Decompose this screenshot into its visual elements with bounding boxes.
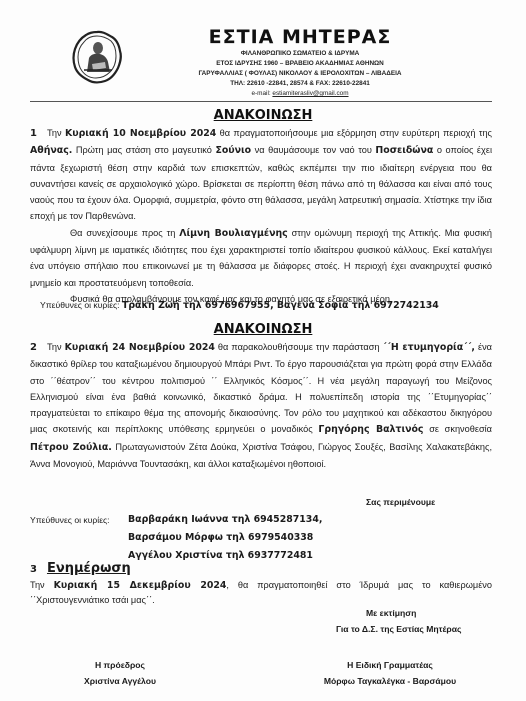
organization-address: ΓΑΡΥΦΑΛΛΙΑΣ ( ΦΟΥΛΑΣ) ΝΙΚΟΛΑΟΥ & ΙΕΡΟΛΟΧ… <box>150 70 450 77</box>
email-label: e-mail: <box>251 90 272 97</box>
text: Θα συνεχίσουμε προς τη <box>70 228 179 238</box>
play-title: ΄΄Η ετυμηγορία΄΄, <box>383 342 475 353</box>
secretary-role: Η Ειδική Γραμματέας <box>300 660 480 670</box>
announcement-2-contact-label: Υπεύθυνες οι κυρίες: <box>30 515 110 525</box>
text: να θαυμάσουμε τον ναό του <box>251 145 375 155</box>
update-title: Ενημέρωση <box>47 561 131 576</box>
header-divider <box>30 101 492 102</box>
event-date: Κυριακή 10 Νοεμβρίου 2024 <box>65 128 216 139</box>
text: θα πραγματοποιήσουμε μια εξόρμηση στην ε… <box>216 128 492 138</box>
announcement-2-heading: ΑΝΑΚΟΙΝΩΣΗ <box>0 322 526 337</box>
update-heading: 3Ενημέρωση <box>30 561 131 576</box>
organization-subtitle: ΦΙΛΑΝΘΡΩΠΙΚΟ ΣΩΜΑΤΕΙΟ & ΙΔΡΥΜΑ <box>170 50 430 57</box>
event-date: Κυριακή 15 Δεκεμβρίου 2024 <box>54 580 227 591</box>
text: ένα δικαστικό θρίλερ του καταξιωμένου δη… <box>30 342 492 434</box>
secretary-name: Μόρφω Ταγκαλέγκα - Βαρσάμου <box>300 676 480 686</box>
seal-emblem-icon <box>72 30 122 84</box>
contact-item: Βαρσάμου Μόρφω τηλ 6979540338 <box>128 532 313 543</box>
board-line: Για το Δ.Σ. της Εστίας Μητέρας <box>336 624 461 634</box>
text: σε σκηνοθεσία <box>424 424 493 434</box>
closing-line: Σας περιμένουμε <box>366 497 435 507</box>
founding-info: ΕΤΟΣ ΙΔΡΥΣΗΣ 1960 – ΒΡΑΒΕΙΟ ΑΚΑΔΗΜΙΑΣ ΑΘ… <box>170 60 430 67</box>
announcement-1-body: 1Την Κυριακή 10 Νοεμβρίου 2024 θα πραγμα… <box>30 125 492 307</box>
place-vouliagmeni: Λίμνη Βουλιαγμένης <box>179 228 288 239</box>
director: Πέτρου Ζούλια. <box>30 442 112 453</box>
text: Την <box>47 128 65 138</box>
place-athens: Αθήνας. <box>30 145 72 156</box>
text: θα παρακολουθήσουμε την παράσταση <box>215 342 383 352</box>
president-role: Η πρόεδρος <box>60 660 180 670</box>
announcement-2-number: 2 <box>30 342 37 353</box>
regards: Με εκτίμηση <box>366 608 416 618</box>
announcement-2-body: 2Την Κυριακή 24 Νοεμβρίου 2024 θα παρακο… <box>30 339 492 472</box>
email-link[interactable]: estiamiterasliv@gmail.com <box>272 90 348 97</box>
announcement-1-contacts: Υπεύθυνες οι κυρίες: Τράκη Ζωή τηλ 69769… <box>40 300 439 311</box>
announcement-1-number: 1 <box>30 128 37 139</box>
contact-label: Υπεύθυνες οι κυρίες: <box>40 300 122 310</box>
contact-names: Τράκη Ζωή τηλ 6976967955, Βαγενά Σοφία τ… <box>122 300 439 311</box>
place-sounio: Σούνιο <box>215 145 251 156</box>
update-number: 3 <box>30 564 37 575</box>
text: Την <box>47 342 65 352</box>
text: ο οποίος έχει πάντα ξεχωριστή θέση στην … <box>30 145 492 221</box>
temple-poseidon: Ποσειδώνα <box>375 145 433 156</box>
email-line: e-mail: estiamiterasliv@gmail.com <box>170 90 430 97</box>
event-date: Κυριακή 24 Νοεμβρίου 2024 <box>65 342 215 353</box>
phone-numbers: ΤΗΛ: 22610 -22841, 28574 & FAX: 22610-22… <box>170 80 430 87</box>
lead-actor: Γρηγόρης Βαλτινός <box>318 424 423 435</box>
contact-item: Βαρβαράκη Ιωάννα τηλ 6945287134, <box>128 514 322 525</box>
announcement-1-heading: ΑΝΑΚΟΙΝΩΣΗ <box>0 108 526 123</box>
organization-name: ΕΣΤΙΑ ΜΗΤΕΡΑΣ <box>200 26 400 48</box>
text: Την <box>30 580 54 590</box>
announcement-page: ΕΣΤΙΑ ΜΗΤΕΡΑΣ ΦΙΛΑΝΘΡΩΠΙΚΟ ΣΩΜΑΤΕΙΟ & ΙΔ… <box>0 0 526 701</box>
text: Πρώτη μας στάση στο μαγευτικό <box>72 145 215 155</box>
president-name: Χριστίνα Αγγέλου <box>60 676 180 686</box>
contact-item: Αγγέλου Χριστίνα τηλ 6937772481 <box>128 550 313 561</box>
update-body: Την Κυριακή 15 Δεκεμβρίου 2024, θα πραγμ… <box>30 578 492 608</box>
